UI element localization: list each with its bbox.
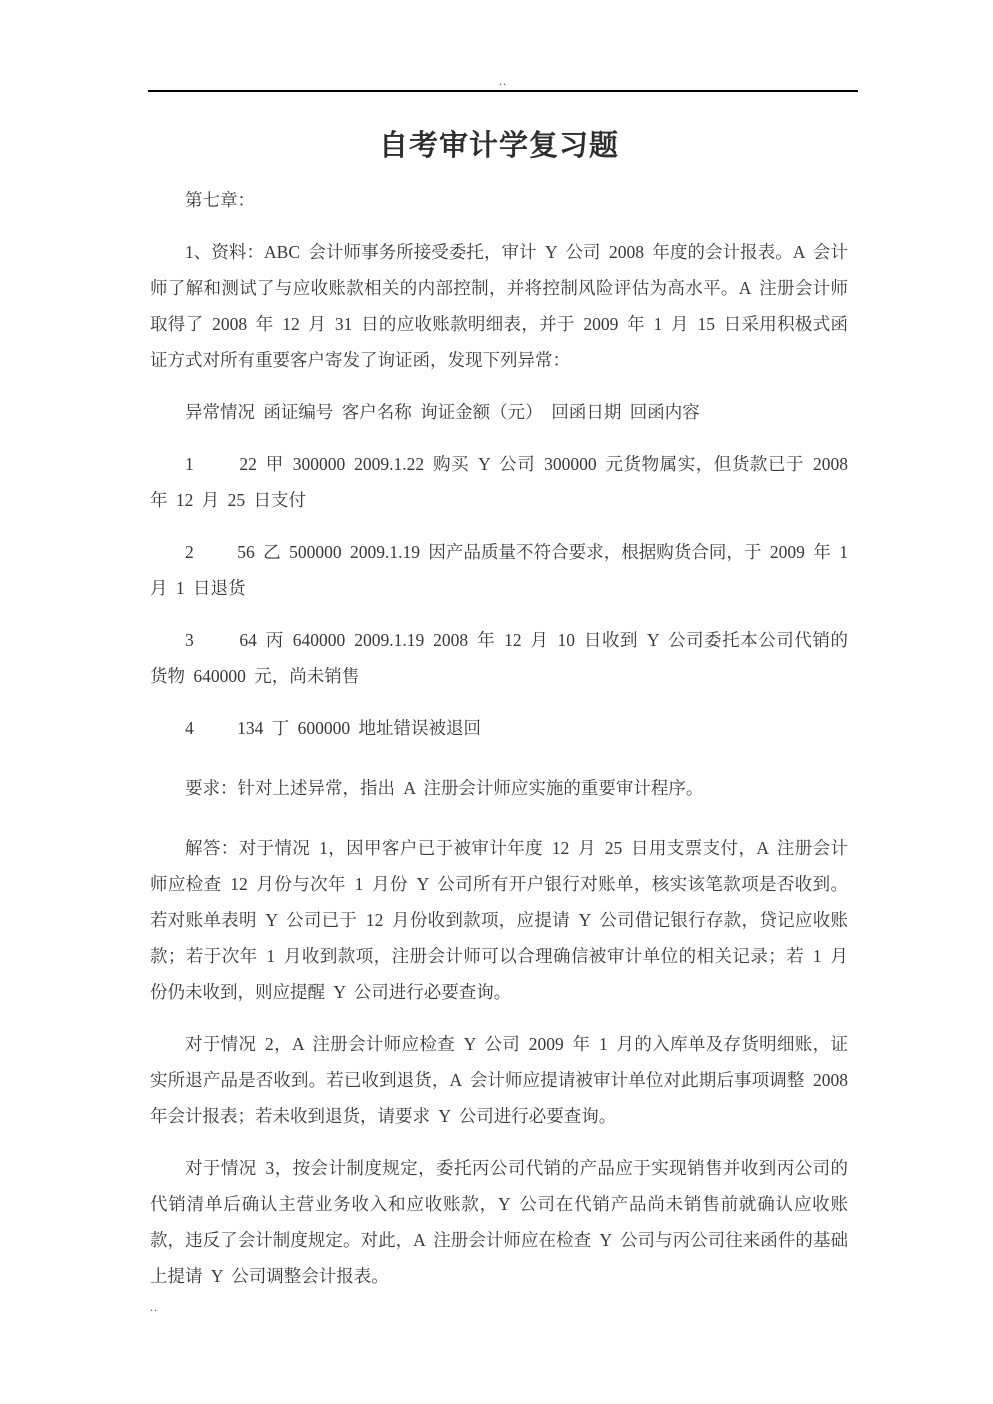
document-page: .. 自考审计学复习题 第七章： 1、资料：ABC 会计师事务所接受委托，审计 … bbox=[0, 0, 993, 1404]
confirmation-row-2: 2 56 乙 500000 2009.1.19 因产品质量不符合要求，根据购货合… bbox=[150, 534, 848, 606]
answer-paragraph-2: 对于情况 2，A 注册会计师应检查 Y 公司 2009 年 1 月的入库单及存货… bbox=[150, 1026, 848, 1134]
confirmation-row-3: 3 64 丙 640000 2009.1.19 2008 年 12 月 10 日… bbox=[150, 622, 848, 694]
confirmation-table-header: 异常情况 函证编号 客户名称 询证金额（元） 回函日期 回函内容 bbox=[150, 394, 848, 430]
question-intro-paragraph: 1、资料：ABC 会计师事务所接受委托，审计 Y 公司 2008 年度的会计报表… bbox=[150, 234, 848, 378]
page-header-rule: .. bbox=[148, 0, 858, 92]
answer-paragraph-1: 解答：对于情况 1，因甲客户已于被审计年度 12 月 25 日用支票支付，A 注… bbox=[150, 830, 848, 1010]
answer-paragraph-3: 对于情况 3，按会计制度规定，委托丙公司代销的产品应于实现销售并收到丙公司的代销… bbox=[150, 1150, 848, 1294]
requirement-line: 要求：针对上述异常，指出 A 注册会计师应实施的重要审计程序。 bbox=[150, 770, 848, 806]
page-title: 自考审计学复习题 bbox=[150, 124, 848, 168]
confirmation-row-4: 4 134 丁 600000 地址错误被退回 bbox=[150, 710, 848, 746]
document-body: 自考审计学复习题 第七章： 1、资料：ABC 会计师事务所接受委托，审计 Y 公… bbox=[150, 124, 848, 1310]
footer-marker-dots: .. bbox=[150, 1298, 158, 1316]
chapter-heading: 第七章： bbox=[150, 182, 848, 218]
header-marker-dots: .. bbox=[148, 74, 858, 89]
confirmation-row-1: 1 22 甲 300000 2009.1.22 购买 Y 公司 300000 元… bbox=[150, 446, 848, 518]
